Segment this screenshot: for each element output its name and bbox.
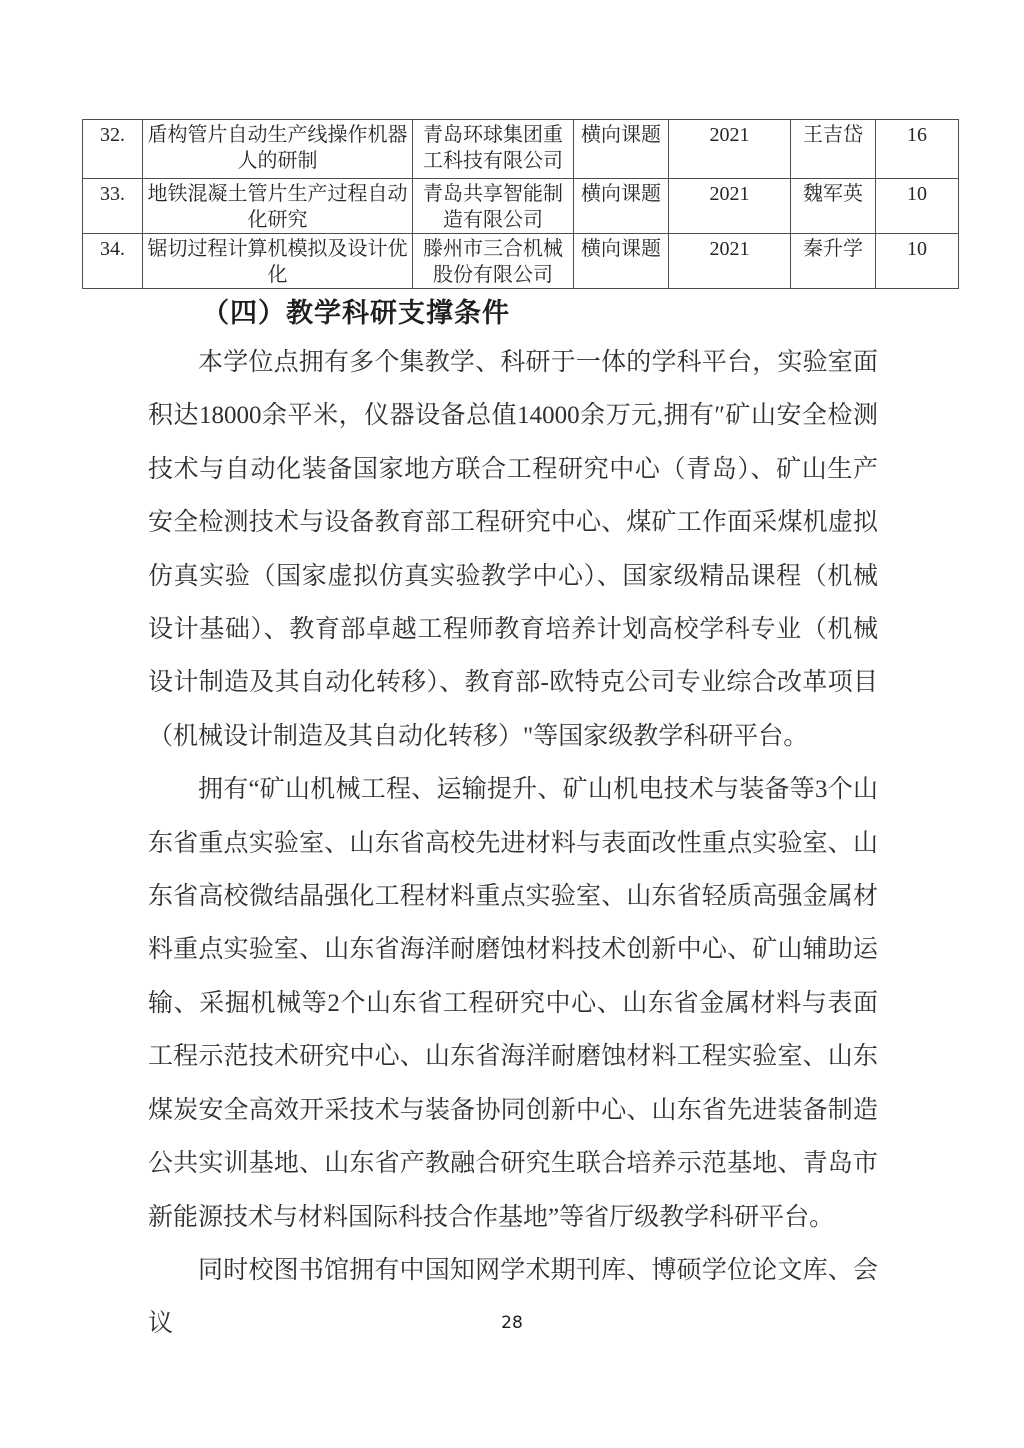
table-row: 34. 锯切过程计算机模拟及设计优化 滕州市三合机械股份有限公司 横向课题 20… [83, 234, 959, 289]
projects-table-wrap: 32. 盾构管片自动生产线操作机器人的研制 青岛环球集团重工科技有限公司 横向课… [82, 119, 959, 289]
projects-table: 32. 盾构管片自动生产线操作机器人的研制 青岛环球集团重工科技有限公司 横向课… [82, 119, 959, 289]
project-category-cell: 横向课题 [574, 179, 669, 234]
leader-cell: 魏军英 [791, 179, 876, 234]
table-row: 33. 地铁混凝土管片生产过程自动化研究 青岛共享智能制造有限公司 横向课题 2… [83, 179, 959, 234]
leader-cell: 秦升学 [791, 234, 876, 289]
year-cell: 2021 [669, 234, 791, 289]
row-number-cell: 33. [83, 179, 143, 234]
project-category-cell: 横向课题 [574, 234, 669, 289]
document-body: （四）教学科研支撑条件 本学位点拥有多个集教学、科研于一体的学科平台，实验室面积… [148, 294, 878, 1351]
paragraph-platforms-national: 本学位点拥有多个集教学、科研于一体的学科平台，实验室面积达18000余平米，仪器… [148, 336, 878, 763]
partner-company-cell: 青岛环球集团重工科技有限公司 [413, 120, 574, 179]
funding-cell: 10 [876, 234, 959, 289]
year-cell: 2021 [669, 179, 791, 234]
partner-company-cell: 滕州市三合机械股份有限公司 [413, 234, 574, 289]
row-number-cell: 34. [83, 234, 143, 289]
paragraph-library: 同时校图书馆拥有中国知网学术期刊库、博硕学位论文库、会议 [148, 1244, 878, 1351]
section-heading: （四）教学科研支撑条件 [148, 294, 878, 332]
project-category-cell: 横向课题 [574, 120, 669, 179]
partner-company-cell: 青岛共享智能制造有限公司 [413, 179, 574, 234]
page-number: 28 [0, 1313, 1024, 1333]
project-title-cell: 锯切过程计算机模拟及设计优化 [143, 234, 413, 289]
funding-cell: 16 [876, 120, 959, 179]
year-cell: 2021 [669, 120, 791, 179]
project-title-cell: 盾构管片自动生产线操作机器人的研制 [143, 120, 413, 179]
paragraph-platforms-provincial: 拥有“矿山机械工程、运输提升、矿山机电技术与装备等3个山东省重点实验室、山东省高… [148, 763, 878, 1244]
funding-cell: 10 [876, 179, 959, 234]
document-page: 32. 盾构管片自动生产线操作机器人的研制 青岛环球集团重工科技有限公司 横向课… [0, 0, 1024, 1448]
project-title-cell: 地铁混凝土管片生产过程自动化研究 [143, 179, 413, 234]
table-row: 32. 盾构管片自动生产线操作机器人的研制 青岛环球集团重工科技有限公司 横向课… [83, 120, 959, 179]
leader-cell: 王吉岱 [791, 120, 876, 179]
row-number-cell: 32. [83, 120, 143, 179]
